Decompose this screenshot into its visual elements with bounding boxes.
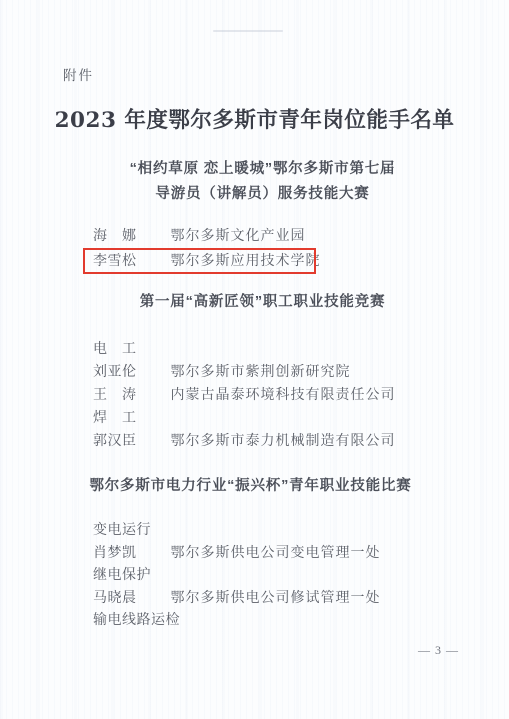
entry-organization: 鄂尔多斯应用技术学院 (171, 254, 321, 269)
section-heading-line: 鄂尔多斯市电力行业“振兴杯”青年职业技能比赛 (0, 474, 505, 495)
entry-name: 海 娜 (93, 224, 167, 249)
entry-name: 刘亚伦 (93, 361, 167, 384)
section-heading-line: 导游员（讲解员）服务技能大赛 (8, 182, 509, 207)
attachment-label: 附件 (63, 64, 94, 84)
category-row: 焊 工 (93, 407, 509, 430)
entry-name: 王 涛 (93, 384, 167, 407)
section-heading-line: “相约草原 恋上暖城”鄂尔多斯市第七届 (8, 157, 509, 182)
entry-name: 肖梦凯 (93, 543, 167, 566)
category-label: 焊 工 (93, 407, 167, 430)
award-entry: 马晓晨 鄂尔多斯供电公司修试管理一处 (93, 588, 509, 611)
entry-organization: 鄂尔多斯市泰力机械制造有限公司 (171, 434, 396, 449)
category-row: 电 工 (93, 338, 509, 361)
entry-organization: 鄂尔多斯供电公司变电管理一处 (171, 546, 381, 561)
entries-electric-power: 变电运行 肖梦凯 鄂尔多斯供电公司变电管理一处 继电保护 马晓晨 鄂尔多斯供电公… (93, 520, 509, 633)
category-label: 继电保护 (93, 565, 167, 588)
section-heading-worker-skills: 第一届“高新匠领”职工职业技能竞赛 (8, 290, 509, 311)
award-entry-highlighted: 李雪松 鄂尔多斯应用技术学院 (93, 249, 509, 274)
category-row: 输电线路运检 (93, 610, 509, 633)
document-page: 附件 2023 年度鄂尔多斯市青年岗位能手名单 “相约草原 恋上暖城”鄂尔多斯市… (0, 0, 509, 719)
entry-name: 郭汉臣 (93, 430, 167, 453)
section-heading-line: 第一届“高新匠领”职工职业技能竞赛 (8, 290, 509, 311)
award-entry: 刘亚伦 鄂尔多斯市紫荆创新研究院 (93, 361, 509, 384)
category-row: 继电保护 (93, 565, 509, 588)
section-heading-tour-guide: “相约草原 恋上暖城”鄂尔多斯市第七届 导游员（讲解员）服务技能大赛 (8, 157, 509, 207)
page-number: — 3 — (418, 643, 459, 658)
entry-name: 李雪松 (93, 249, 167, 274)
category-label: 变电运行 (93, 520, 167, 543)
award-entry: 海 娜 鄂尔多斯文化产业园 (93, 224, 509, 249)
entries-tour-guide: 海 娜 鄂尔多斯文化产业园 李雪松 鄂尔多斯应用技术学院 (93, 224, 509, 274)
entry-organization: 鄂尔多斯文化产业园 (171, 229, 306, 244)
entry-organization: 内蒙古晶泰环境科技有限责任公司 (171, 388, 396, 403)
category-label: 输电线路运检 (93, 610, 180, 633)
award-entry: 王 涛 内蒙古晶泰环境科技有限责任公司 (93, 384, 509, 407)
entry-organization: 鄂尔多斯市紫荆创新研究院 (171, 365, 351, 380)
document-title: 2023 年度鄂尔多斯市青年岗位能手名单 (0, 103, 509, 134)
entries-worker-skills: 电 工 刘亚伦 鄂尔多斯市紫荆创新研究院 王 涛 内蒙古晶泰环境科技有限责任公司… (93, 338, 509, 453)
award-entry: 郭汉臣 鄂尔多斯市泰力机械制造有限公司 (93, 430, 509, 453)
scan-artifact-line (213, 30, 283, 32)
section-heading-electric-power: 鄂尔多斯市电力行业“振兴杯”青年职业技能比赛 (0, 474, 505, 495)
award-entry: 肖梦凯 鄂尔多斯供电公司变电管理一处 (93, 543, 509, 566)
entry-organization: 鄂尔多斯供电公司修试管理一处 (171, 591, 381, 606)
category-row: 变电运行 (93, 520, 509, 543)
category-label: 电 工 (93, 338, 167, 361)
entry-name: 马晓晨 (93, 588, 167, 611)
